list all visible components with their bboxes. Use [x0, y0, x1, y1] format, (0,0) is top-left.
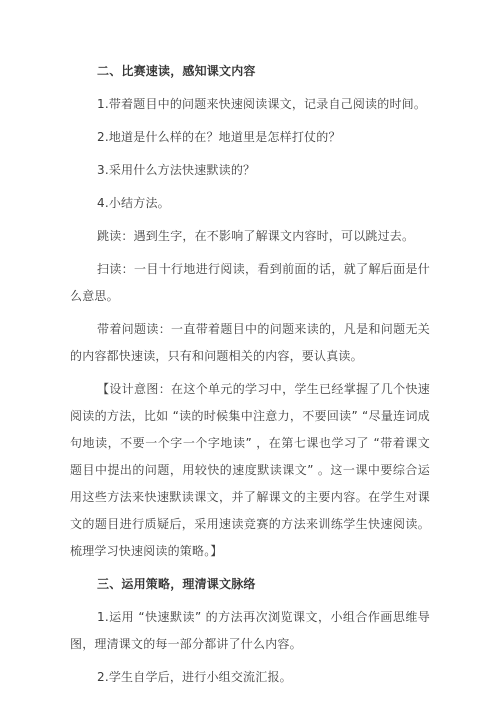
section-heading-speed-reading: 二、比赛速读，感知课文内容	[70, 58, 430, 85]
paragraph-mind-map: 1.运用 “快速默读” 的方法再次浏览课文，小组合作画思维导图，理清课文的每一部…	[70, 604, 430, 658]
paragraph-read-with-questions: 1.带着题目中的问题来快速阅读课文，记录自己阅读的时间。	[70, 91, 430, 118]
document-page: 二、比赛速读，感知课文内容 1.带着题目中的问题来快速阅读课文，记录自己阅读的时…	[0, 0, 500, 707]
paragraph-method-question: 3.采用什么方法快速默读的？	[70, 157, 430, 184]
paragraph-scan-reading: 扫读：一目十行地进行阅读，看到前面的话，就了解后面是什么意思。	[70, 256, 430, 310]
paragraph-skip-reading: 跳读：遇到生字，在不影响了解课文内容时，可以跳过去。	[70, 223, 430, 250]
paragraph-summary-method: 4.小结方法。	[70, 190, 430, 217]
paragraph-group-report: 2.学生自学后，进行小组交流汇报。	[70, 664, 430, 691]
section-heading-strategy: 三、运用策略，理清课文脉络	[70, 571, 430, 598]
paragraph-tunnel-questions: 2.地道是什么样的在？地道里是怎样打仗的？	[70, 124, 430, 151]
paragraph-design-intent: 【设计意图：在这个单元的学习中，学生已经掌握了几个快速阅读的方法，比如 “读的时…	[70, 376, 430, 565]
paragraph-question-reading: 带着问题读：一直带着题目中的问题来读的，凡是和问题无关的内容都快速读，只有和问题…	[70, 316, 430, 370]
